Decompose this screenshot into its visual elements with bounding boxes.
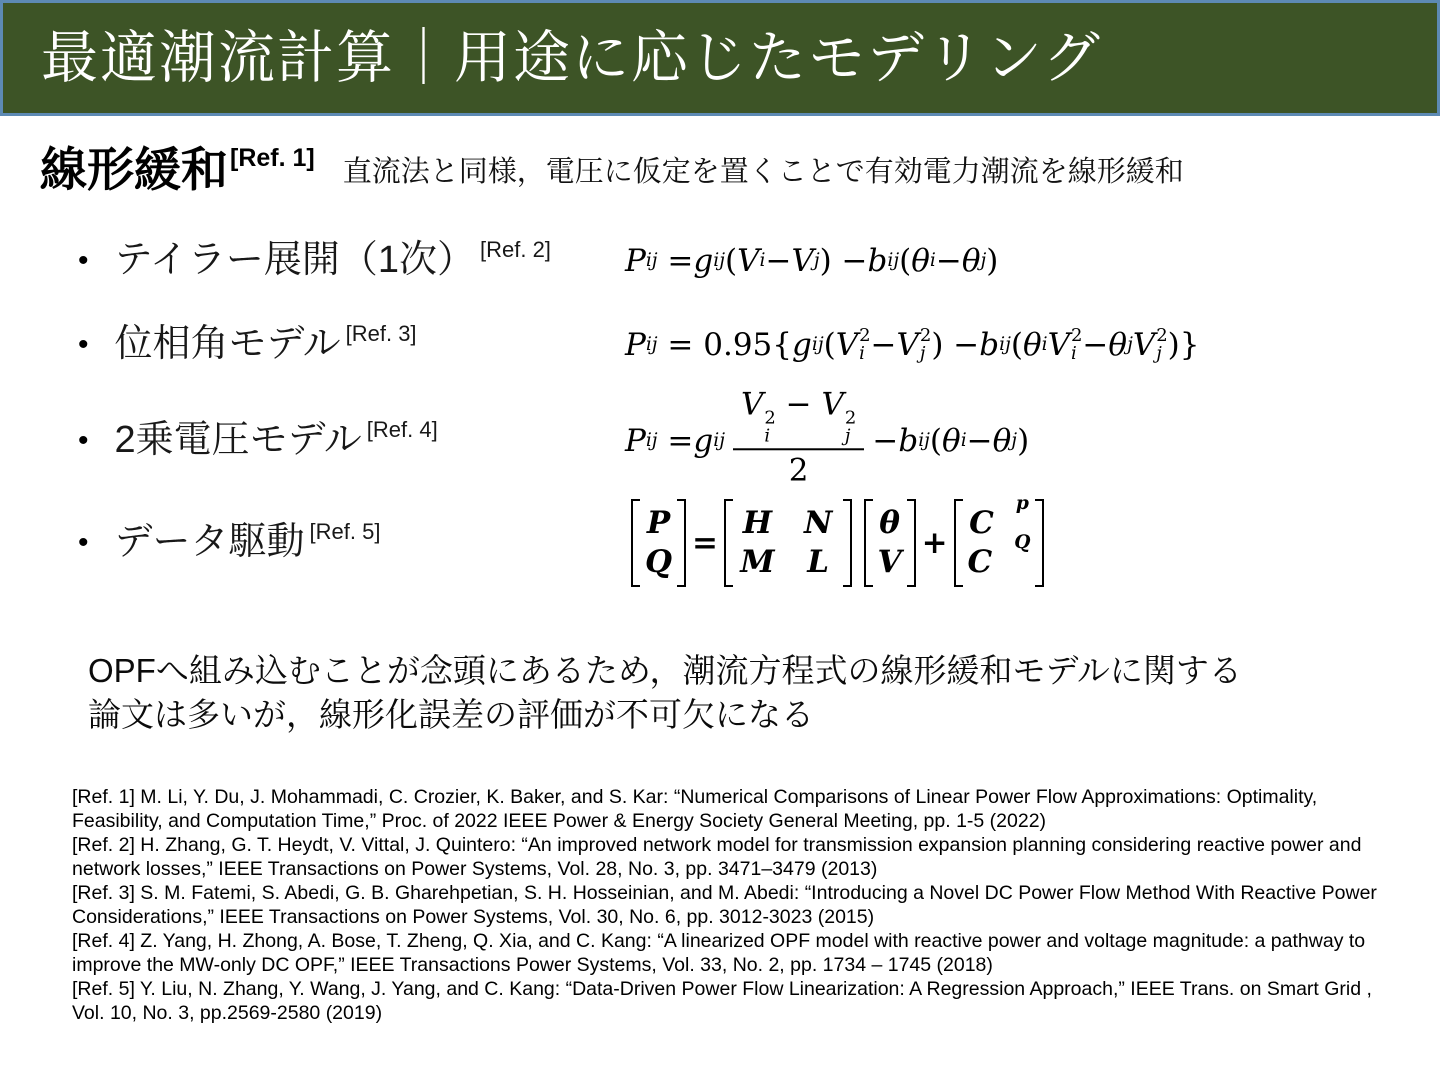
summary-note: OPFへ組み込むことが念頭にあるため，潮流方程式の線形緩和モデルに関する 論文は…: [88, 649, 1440, 736]
bullet-label: 2乗電圧モデル: [115, 419, 362, 463]
model-row-data-driven: • データ駆動 [Ref. 5] PQ = HNMLθV + CpCQ: [0, 493, 1440, 593]
bullet-icon: •: [78, 330, 89, 360]
section-description: 直流法と同様，電圧に仮定を置くことで有効電力潮流を線形緩和: [343, 155, 1184, 190]
summary-note-line: OPFへ組み込むことが念頭にあるため，潮流方程式の線形緩和モデルに関する: [88, 649, 1440, 693]
section-heading: 線形緩和: [40, 146, 228, 193]
bullet-icon: •: [78, 528, 89, 558]
formula-phase-angle: Pij = 0.95{gij(V2i − V2j) − bij(θiV2i − …: [625, 327, 1200, 363]
bullet-ref: [Ref. 3]: [346, 321, 417, 347]
slide-title-bar: 最適潮流計算｜用途に応じたモデリング: [0, 0, 1440, 116]
bullet-icon: •: [78, 246, 89, 276]
reference-entry: [Ref. 1] M. Li, Y. Du, J. Mohammadi, C. …: [72, 786, 1390, 834]
bullet-label: 位相角モデル: [115, 323, 341, 367]
bullet-item: • 2乗電圧モデル [Ref. 4]: [0, 419, 625, 463]
model-row-phase-angle: • 位相角モデル [Ref. 3] Pij = 0.95{gij(V2i − V…: [0, 301, 1440, 389]
bullet-item: • テイラー展開（1次） [Ref. 2]: [0, 239, 625, 283]
model-row-taylor: • テイラー展開（1次） [Ref. 2] Pij = gij(Vi − Vj)…: [0, 221, 1440, 301]
reference-entry: [Ref. 2] H. Zhang, G. T. Heydt, V. Vitta…: [72, 834, 1390, 882]
model-row-squared-voltage: • 2乗電圧モデル [Ref. 4] Pij = gijV2i − V2j2 −…: [0, 389, 1440, 493]
bullet-label: データ駆動: [115, 521, 305, 565]
bullet-item: • 位相角モデル [Ref. 3]: [0, 323, 625, 367]
reference-entry: [Ref. 4] Z. Yang, H. Zhong, A. Bose, T. …: [72, 930, 1390, 978]
formula-data-driven-matrix: PQ = HNMLθV + CpCQ: [625, 499, 1050, 587]
section-heading-row: 線形緩和 [Ref. 1] 直流法と同様，電圧に仮定を置くことで有効電力潮流を線…: [40, 146, 1440, 193]
reference-list: [Ref. 1] M. Li, Y. Du, J. Mohammadi, C. …: [72, 786, 1390, 1026]
presentation-slide: 最適潮流計算｜用途に応じたモデリング 線形緩和 [Ref. 1] 直流法と同様，…: [0, 0, 1440, 1080]
model-list: • テイラー展開（1次） [Ref. 2] Pij = gij(Vi − Vj)…: [0, 221, 1440, 593]
reference-entry: [Ref. 3] S. M. Fatemi, S. Abedi, G. B. G…: [72, 882, 1390, 930]
summary-note-line: 論文は多いが，線形化誤差の評価が不可欠になる: [88, 693, 1440, 737]
bullet-label: テイラー展開（1次）: [115, 239, 475, 283]
reference-entry: [Ref. 5] Y. Liu, N. Zhang, Y. Wang, J. Y…: [72, 978, 1390, 1026]
bullet-item: • データ駆動 [Ref. 5]: [0, 521, 625, 565]
formula-taylor: Pij = gij(Vi − Vj) − bij(θi − θj): [625, 243, 998, 279]
formula-squared-voltage: Pij = gijV2i − V2j2 − bij(θi − θj): [625, 391, 1029, 491]
bullet-ref: [Ref. 5]: [310, 519, 381, 545]
bullet-ref: [Ref. 4]: [367, 417, 438, 443]
section-heading-ref: [Ref. 1]: [230, 146, 315, 171]
bullet-ref: [Ref. 2]: [480, 237, 551, 263]
slide-title: 最適潮流計算｜用途に応じたモデリング: [41, 30, 1102, 87]
bullet-icon: •: [78, 426, 89, 456]
